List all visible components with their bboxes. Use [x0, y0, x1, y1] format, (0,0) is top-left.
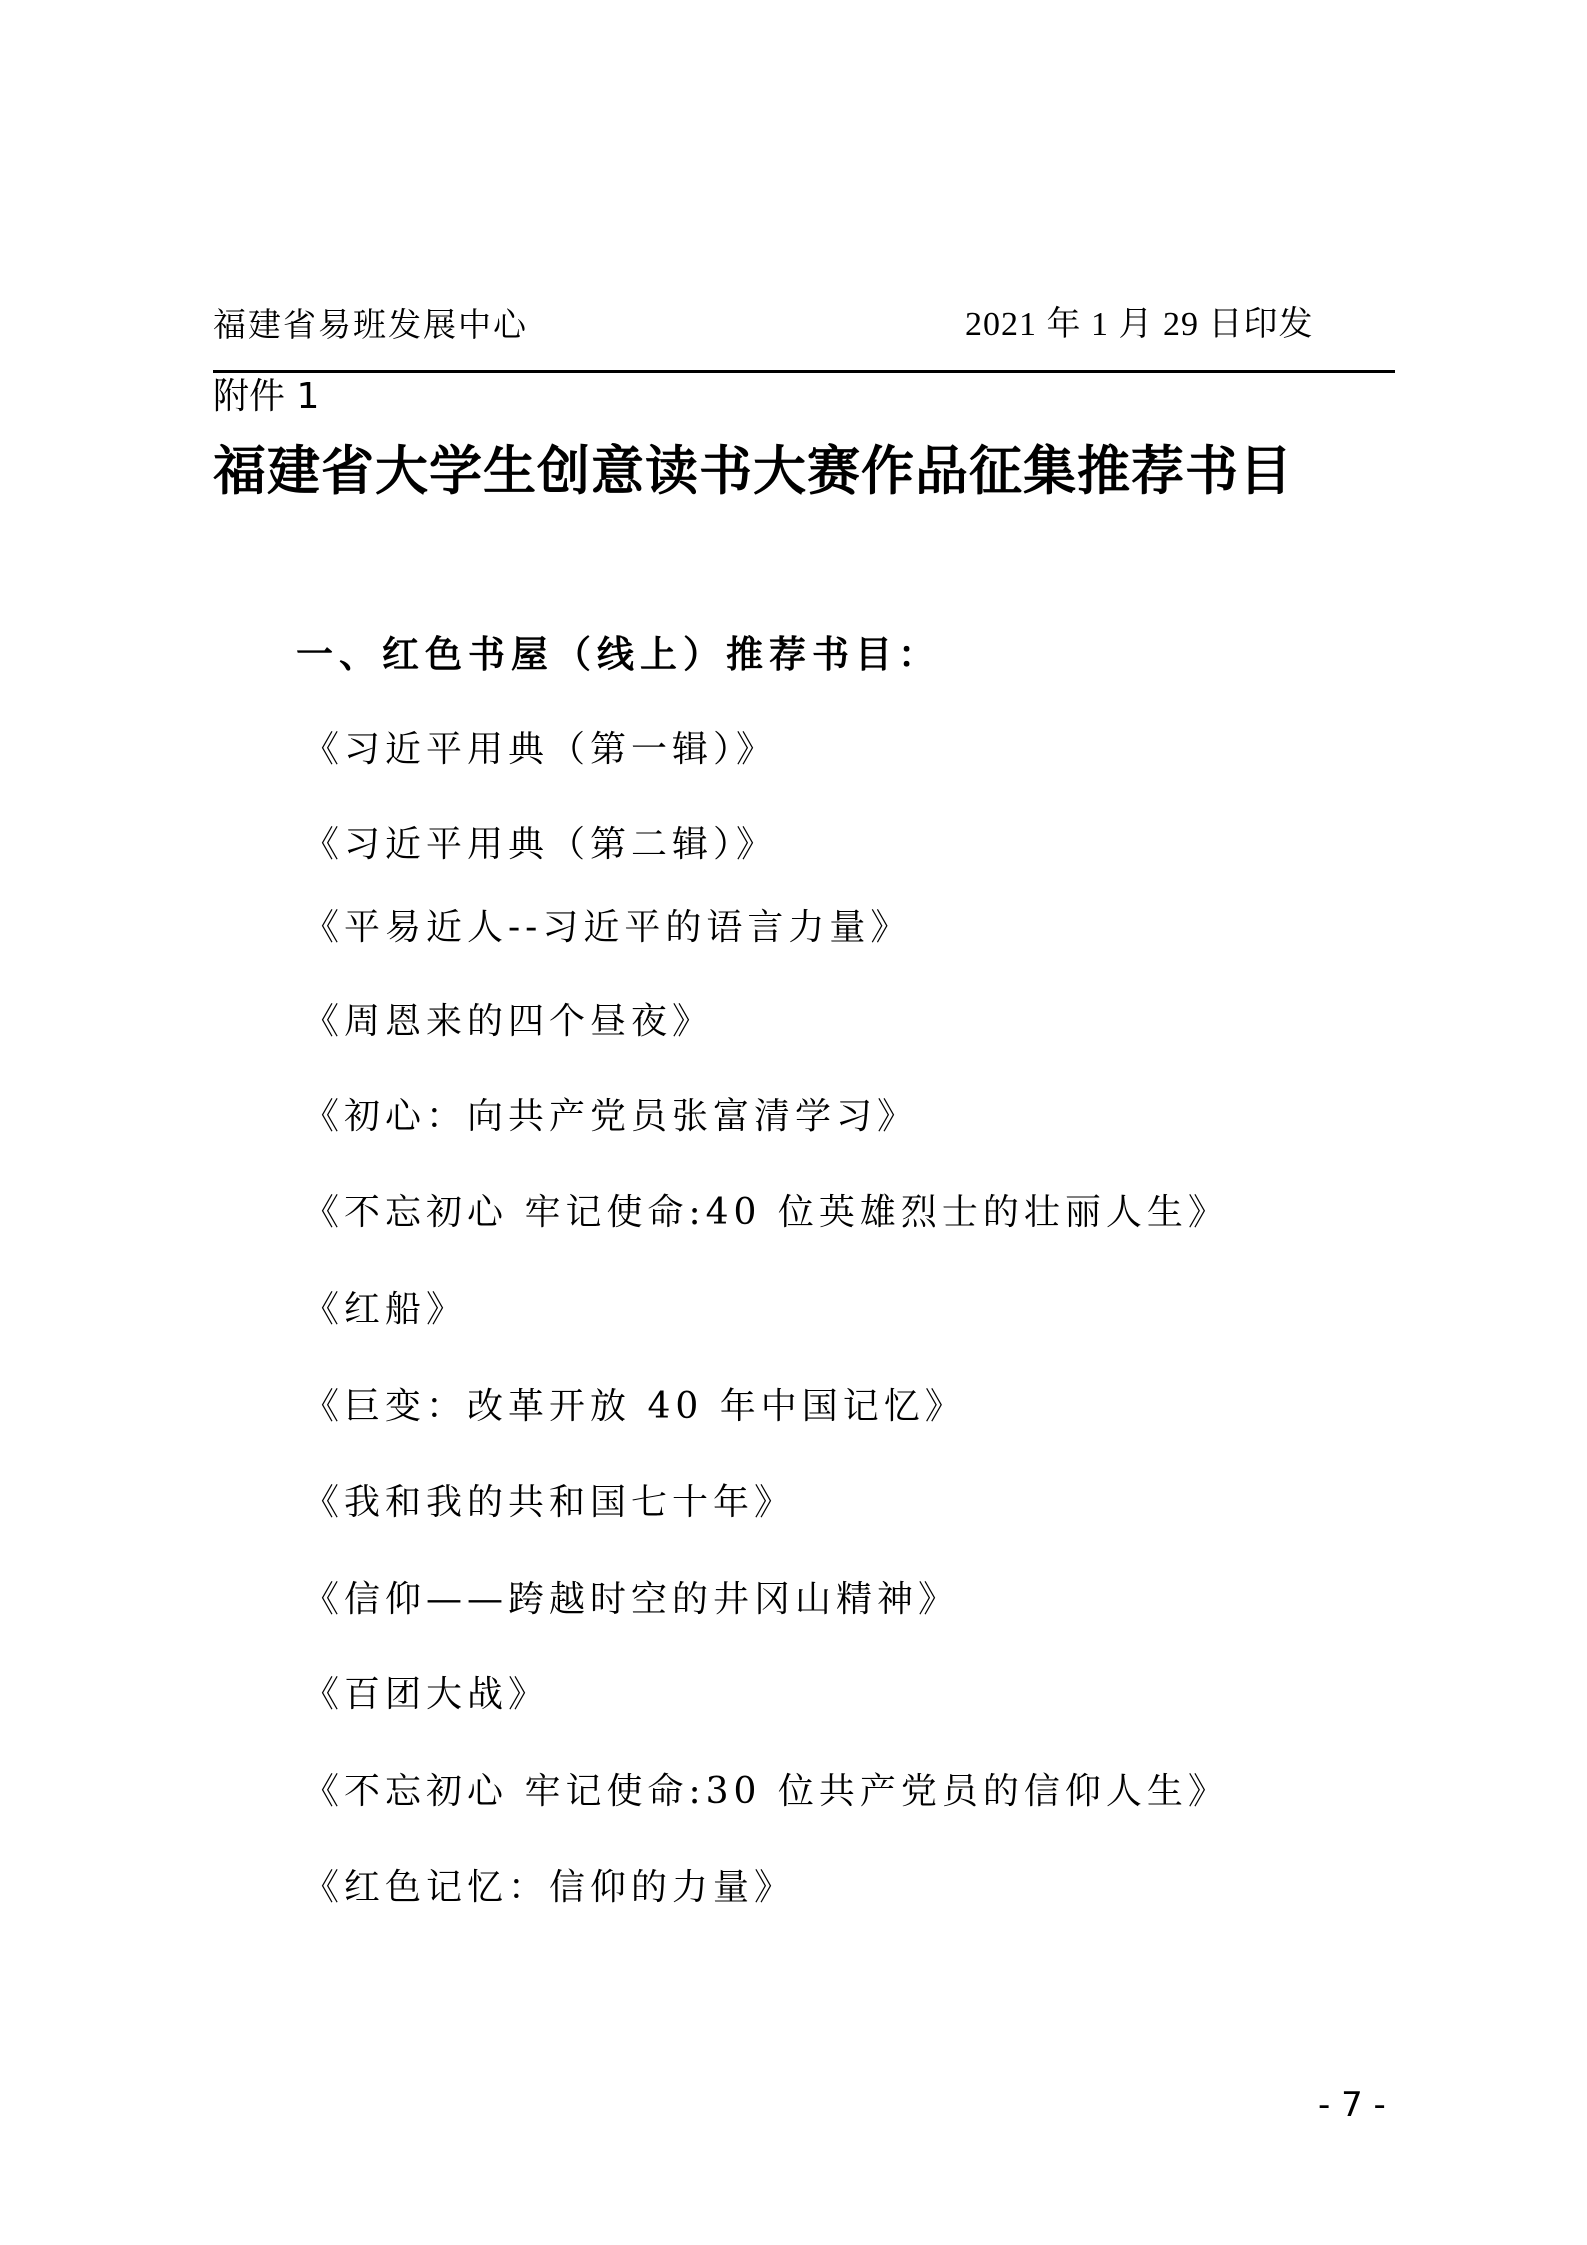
list-item: 《巨变：改革开放 40 年中国记忆》 — [303, 1382, 966, 1432]
header-divider — [213, 370, 1395, 373]
list-item: 《红船》 — [303, 1285, 467, 1335]
page-title: 福建省大学生创意读书大赛作品征集推荐书目 — [213, 432, 1293, 512]
list-item: 《红色记忆：信仰的力量》 — [303, 1863, 795, 1913]
list-item: 《不忘初心 牢记使命:40 位英雄烈士的壮丽人生》 — [303, 1188, 1229, 1238]
list-item: 《我和我的共和国七十年》 — [303, 1478, 795, 1528]
list-item: 《不忘初心 牢记使命:30 位共产党员的信仰人生》 — [303, 1767, 1229, 1817]
list-item: 《习近平用典（第二辑）》 — [303, 820, 777, 870]
section-heading: 一、红色书屋（线上）推荐书目： — [296, 625, 941, 685]
page-number: - 7 - — [1318, 2083, 1386, 2127]
list-item: 《习近平用典（第一辑）》 — [303, 725, 777, 775]
issuer-name: 福建省易班发展中心 — [213, 300, 528, 350]
attachment-label: 附件 1 — [213, 372, 319, 422]
document-header: 福建省易班发展中心 2021 年 1 月 29 日印发 — [213, 300, 1393, 350]
issue-date: 2021 年 1 月 29 日印发 — [965, 300, 1314, 350]
list-item: 《初心：向共产党员张富清学习》 — [303, 1092, 918, 1142]
list-item: 《平易近人--习近平的语言力量》 — [303, 903, 911, 953]
list-item: 《百团大战》 — [303, 1670, 549, 1720]
list-item: 《信仰——跨越时空的井冈山精神》 — [303, 1575, 959, 1625]
list-item: 《周恩来的四个昼夜》 — [303, 997, 713, 1047]
